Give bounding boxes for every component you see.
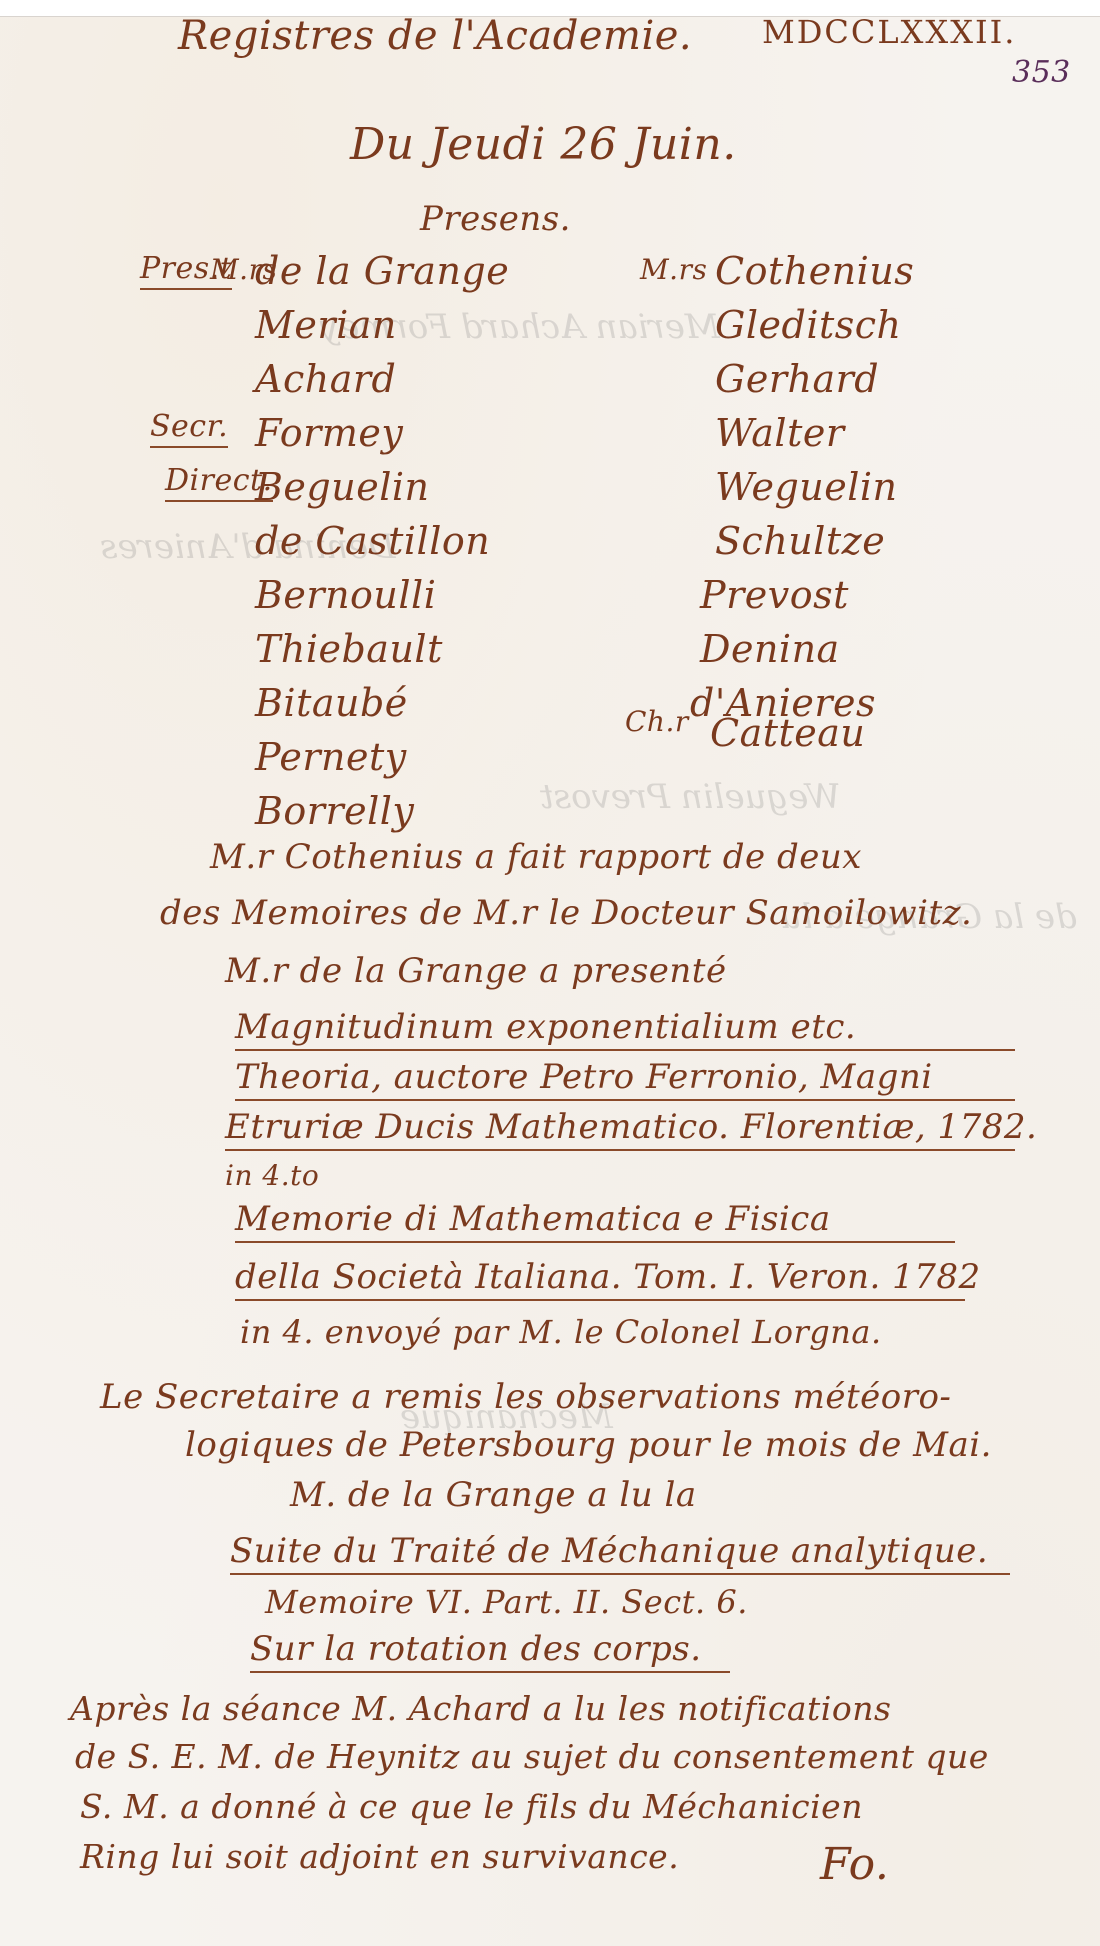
minute-line: Ring lui soit adjoint en survivance.	[80, 1837, 679, 1876]
member-right: Denina	[700, 627, 840, 671]
member-left: Borrelly	[255, 789, 414, 833]
member-left: Achard	[255, 357, 396, 401]
member-right: Walter	[715, 411, 845, 455]
minute-line: S. M. a donné à ce que le fils du Méchan…	[80, 1787, 863, 1826]
memoire-reference: Memoire VI. Part. II. Sect. 6.	[265, 1583, 748, 1621]
minute-line: de S. E. M. de Heynitz au sujet du conse…	[75, 1737, 989, 1776]
member-right: Schultze	[715, 519, 885, 563]
role-secretary: Secr.	[150, 409, 228, 448]
book-title-line: Memorie di Mathematica e Fisica	[235, 1199, 955, 1243]
minute-line: des Memoires de M.r le Docteur Samoilowi…	[160, 893, 972, 933]
book-title-line: Etruriæ Ducis Mathematico. Florentiæ, 17…	[225, 1107, 1015, 1151]
member-right: Prevost	[700, 573, 849, 617]
member-left: Formey	[255, 411, 403, 455]
book-title-line: Theoria, auctore Petro Ferronio, Magni	[235, 1057, 1015, 1101]
member-right: Weguelin	[715, 465, 898, 509]
book-title-line: della Società Italiana. Tom. I. Veron. 1…	[235, 1257, 965, 1301]
honorific-right: M.rs	[640, 253, 707, 286]
treatise-title: Suite du Traité de Méchanique analytique…	[230, 1531, 1010, 1575]
minute-line: M.r Cothenius a fait rapport de deux	[210, 837, 862, 877]
member-left: de Castillon	[255, 519, 490, 563]
minute-line: logiques de Petersbourg pour le mois de …	[185, 1425, 992, 1465]
member-left: Pernety	[255, 735, 407, 779]
minute-line: Après la séance M. Achard a lu les notif…	[70, 1689, 891, 1728]
folio-number: 353	[1012, 55, 1071, 90]
bleed-through-text: Weguelin Prevost	[540, 777, 841, 817]
member-right: Cothenius	[715, 249, 914, 293]
member-left: Bitaubé	[255, 681, 408, 725]
rotation-title: Sur la rotation des corps.	[250, 1629, 730, 1673]
member-right: Gerhard	[715, 357, 879, 401]
book-sender: in 4. envoyé par M. le Colonel Lorgna.	[240, 1313, 882, 1351]
register-year: MDCCLXXXII.	[762, 13, 1016, 51]
minute-line: Le Secretaire a remis les observations m…	[100, 1377, 951, 1417]
book-format: in 4.to	[225, 1159, 319, 1192]
session-date: Du Jeudi 26 Juin.	[350, 119, 737, 170]
member-left: Bernoulli	[255, 573, 436, 617]
signature: Fo.	[820, 1839, 889, 1890]
member-right: Catteau	[710, 711, 865, 755]
minute-line: M. de la Grange a lu la	[290, 1475, 697, 1515]
manuscript-page: Merian Achard Formey Denina d'Anieres We…	[0, 16, 1100, 1945]
member-right: Gleditsch	[715, 303, 902, 347]
honorific-bottom: Ch.r	[625, 705, 689, 738]
member-left: Merian	[255, 303, 397, 347]
member-left: Beguelin	[255, 465, 429, 509]
minute-line: M.r de la Grange a presenté	[225, 951, 727, 991]
register-title: Registres de l'Academie.	[178, 13, 692, 59]
member-left: de la Grange	[255, 249, 509, 293]
member-left: Thiebault	[255, 627, 443, 671]
attendance-heading: Presens.	[420, 199, 571, 239]
book-title-line: Magnitudinum exponentialium etc.	[235, 1007, 1015, 1051]
